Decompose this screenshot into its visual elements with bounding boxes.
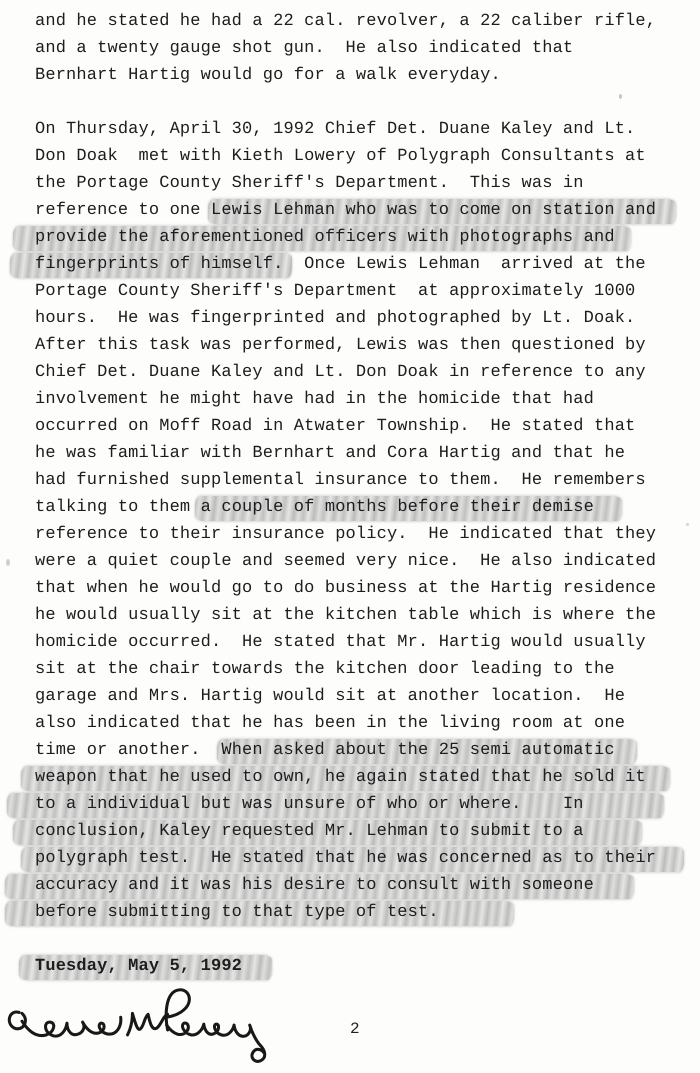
text-line: fingerprints of himself. Once Lewis Lehm… [35, 251, 683, 278]
text-line: Portage County Sheriff's Department at a… [35, 278, 683, 305]
text-line: to a individual but was unsure of who or… [35, 791, 683, 818]
text-segment: Don Doak met with Kieth Lowery of Polygr… [35, 147, 646, 166]
text-segment: reference to one [35, 201, 211, 220]
marker-highlight: fingerprints of himself. [10, 253, 292, 278]
text-segment: hours. He was fingerprinted and photogra… [35, 309, 635, 328]
text-line: Bernhart Hartig would go for a walk ever… [35, 62, 683, 89]
blank-line [35, 89, 683, 116]
marker-highlight: before submitting to that type of test. [5, 901, 514, 926]
text-line: Chief Det. Duane Kaley and Lt. Don Doak … [35, 359, 683, 386]
text-line: polygraph test. He stated that he was co… [35, 845, 683, 872]
signature-duane-w-kaley [2, 986, 300, 1072]
text-segment: he was familiar with Bernhart and Cora H… [35, 444, 625, 463]
stray-mark [686, 523, 689, 526]
text-segment: homicide occurred. He stated that Mr. Ha… [35, 633, 646, 652]
text-line: and he stated he had a 22 cal. revolver,… [35, 8, 683, 35]
text-line: had furnished supplemental insurance to … [35, 467, 683, 494]
marker-highlight: conclusion, Kaley requested Mr. Lehman t… [13, 820, 642, 845]
text-line: On Thursday, April 30, 1992 Chief Det. D… [35, 116, 683, 143]
text-segment: and he stated he had a 22 cal. revolver,… [35, 12, 656, 31]
text-line: were a quiet couple and seemed very nice… [35, 548, 683, 575]
marker-highlight: to a individual but was unsure of who or… [7, 793, 664, 818]
text-line: weapon that he used to own, he again sta… [35, 764, 683, 791]
text-line: garage and Mrs. Hartig would sit at anot… [35, 683, 683, 710]
text-line: he was familiar with Bernhart and Cora H… [35, 440, 683, 467]
text-line: accuracy and it was his desire to consul… [35, 872, 683, 899]
text-line: talking to them a couple of months befor… [35, 494, 683, 521]
text-line: sit at the chair towards the kitchen doo… [35, 656, 683, 683]
text-segment: that when he would go to do business at … [35, 579, 656, 598]
text-line: provide the aforementioned officers with… [35, 224, 683, 251]
text-line: that when he would go to do business at … [35, 575, 683, 602]
text-segment: also indicated that he has been in the l… [35, 714, 625, 733]
text-line: Don Doak met with Kieth Lowery of Polygr… [35, 143, 683, 170]
text-line: reference to one Lewis Lehman who was to… [35, 197, 683, 224]
text-segment: had furnished supplemental insurance to … [35, 471, 646, 490]
text-segment: were a quiet couple and seemed very nice… [35, 552, 656, 571]
text-line: involvement he might have had in the hom… [35, 386, 683, 413]
text-segment: and a twenty gauge shot gun. He also ind… [35, 39, 573, 58]
text-segment: Portage County Sheriff's Department at a… [35, 282, 635, 301]
signature-scribble-icon [2, 986, 300, 1072]
text-segment: reference to their insurance policy. He … [35, 525, 656, 544]
text-line: also indicated that he has been in the l… [35, 710, 683, 737]
text-segment: After this task was performed, Lewis was… [35, 336, 646, 355]
text-segment: Bernhart Hartig would go for a walk ever… [35, 66, 501, 85]
text-segment: On Thursday, April 30, 1992 Chief Det. D… [35, 120, 635, 139]
text-segment: involvement he might have had in the hom… [35, 390, 594, 409]
text-line: and a twenty gauge shot gun. He also ind… [35, 35, 683, 62]
text-line: reference to their insurance policy. He … [35, 521, 683, 548]
text-segment: sit at the chair towards the kitchen doo… [35, 660, 615, 679]
text-line: conclusion, Kaley requested Mr. Lehman t… [35, 818, 683, 845]
marker-highlight: accuracy and it was his desire to consul… [5, 874, 634, 899]
text-line: time or another. When asked about the 25… [35, 737, 683, 764]
blank-line [35, 926, 683, 953]
text-segment: time or another. [35, 741, 221, 760]
marker-highlight: Tuesday, May 5, 1992 [19, 955, 272, 980]
document-lines: and he stated he had a 22 cal. revolver,… [35, 8, 683, 980]
text-segment: talking to them [35, 498, 201, 517]
marker-highlight: a couple of months before their demise [195, 496, 622, 521]
text-line: he would usually sit at the kitchen tabl… [35, 602, 683, 629]
marker-highlight: Lewis Lehman who was to come on station … [208, 199, 676, 224]
text-segment: he would usually sit at the kitchen tabl… [35, 606, 656, 625]
text-segment: Once Lewis Lehman arrived at the [283, 255, 645, 274]
date-line: Tuesday, May 5, 1992 [35, 953, 683, 980]
text-line: hours. He was fingerprinted and photogra… [35, 305, 683, 332]
text-line: before submitting to that type of test. [35, 899, 683, 926]
text-segment: the Portage County Sheriff's Department.… [35, 174, 584, 193]
marker-highlight: provide the aforementioned officers with… [13, 226, 631, 251]
page-number: 2 [350, 1020, 360, 1038]
text-segment: garage and Mrs. Hartig would sit at anot… [35, 687, 625, 706]
stray-mark [619, 94, 622, 99]
text-line: occurred on Moff Road in Atwater Townshi… [35, 413, 683, 440]
marker-highlight: When asked about the 25 semi automatic [217, 739, 636, 764]
text-line: After this task was performed, Lewis was… [35, 332, 683, 359]
stray-mark [6, 559, 10, 566]
text-segment: occurred on Moff Road in Atwater Townshi… [35, 417, 635, 436]
text-line: homicide occurred. He stated that Mr. Ha… [35, 629, 683, 656]
marker-highlight: weapon that he used to own, he again sta… [21, 766, 670, 791]
marker-highlight: polygraph test. He stated that he was co… [21, 847, 684, 872]
text-line: the Portage County Sheriff's Department.… [35, 170, 683, 197]
text-segment: Chief Det. Duane Kaley and Lt. Don Doak … [35, 363, 646, 382]
